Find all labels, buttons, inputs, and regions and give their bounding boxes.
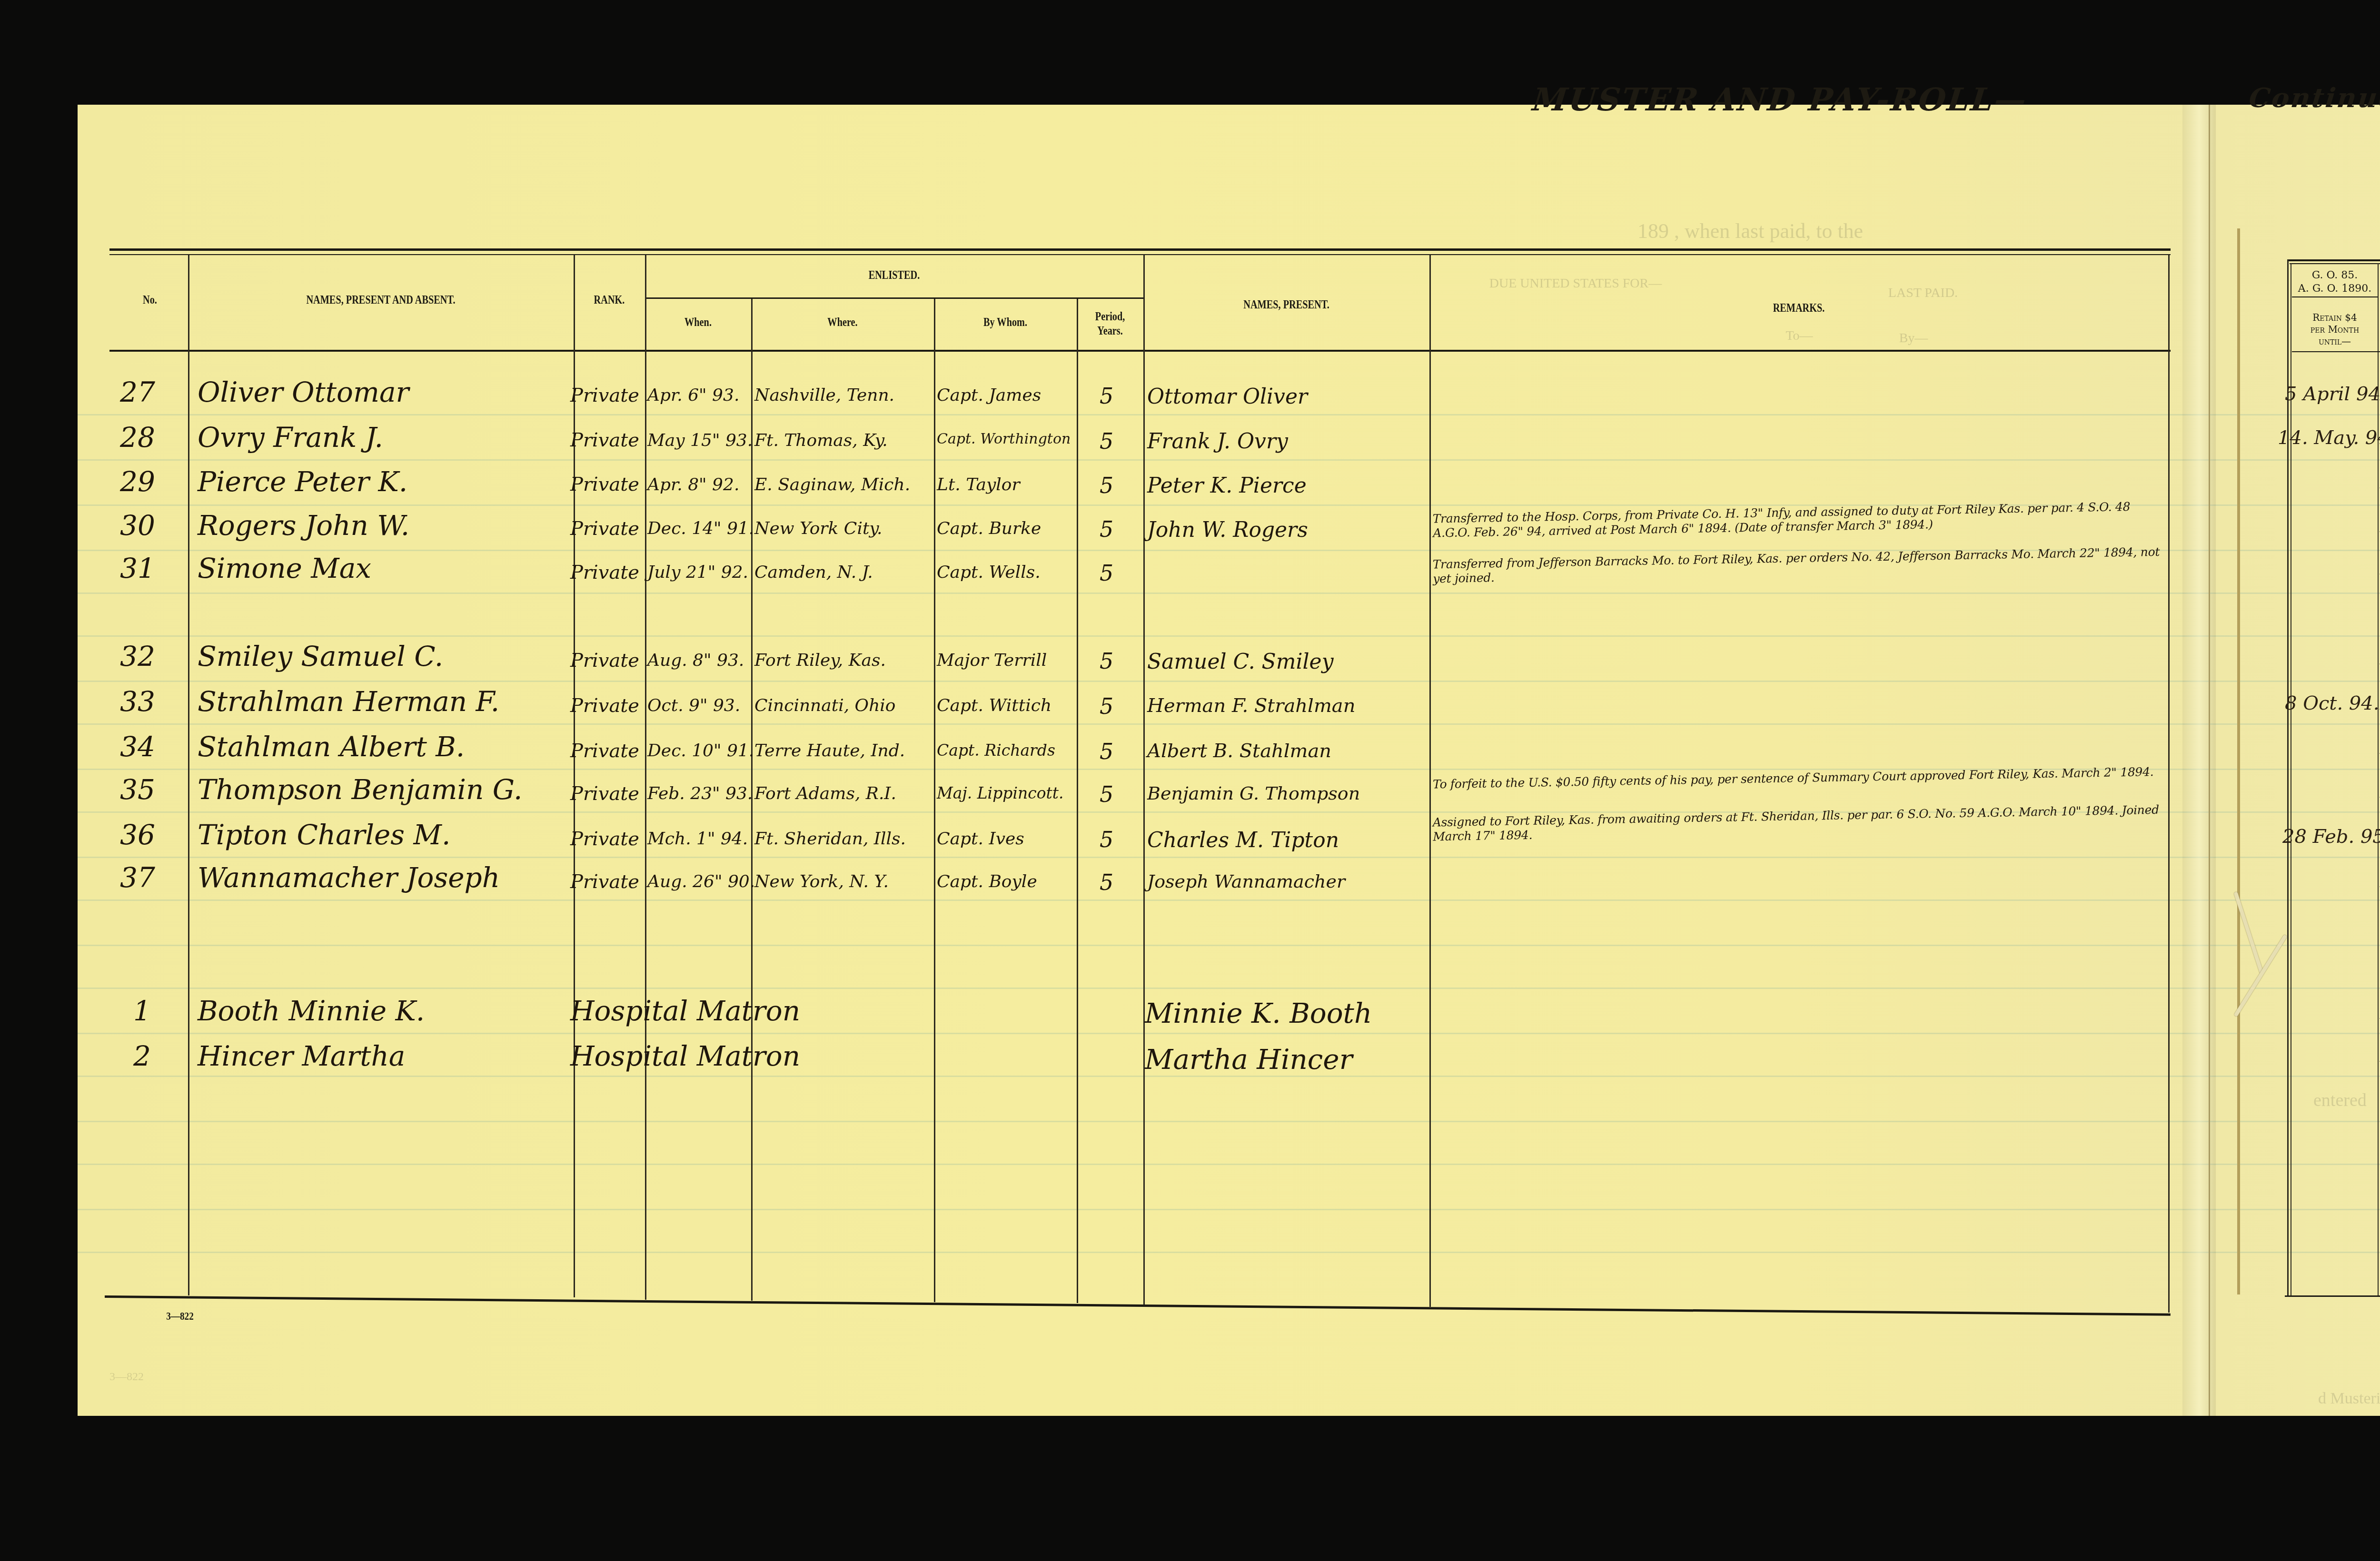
header-where: Where. [771,315,914,329]
header-no: No. [126,293,174,307]
row-period: 5 [1100,739,1113,764]
row-present-name: Frank J. Ovry [1147,429,1288,454]
row-period: 5 [1100,560,1113,586]
header-by-whom: By Whom. [950,315,1061,329]
row-name: Thompson Benjamin G. [198,773,522,806]
row-where: Camden, N. J. [754,563,873,582]
retain-until-date: 8 Oct. 94. [2285,692,2379,714]
header-bottom-rule [109,350,2171,352]
row-where: Cincinnati, Ohio [754,696,896,715]
header-top-rule-thin [109,254,2171,255]
header-go-line1: G. O. 85. [2292,269,2378,282]
row-when: Feb. 23" 93. [647,784,753,803]
header-retain-line2: per Month [2292,324,2378,336]
form-number: 3—822 [166,1310,194,1323]
row-no: 35 [120,773,155,806]
row-no: 29 [120,465,155,498]
row-present-name: Ottomar Oliver [1147,385,1308,409]
ghost-entered: entered [2313,1090,2367,1111]
header-go-line2: A. G. O. 1890. [2292,282,2378,296]
row-name: Strahlman Herman F. [198,685,499,718]
row-no: 2 [133,1040,151,1072]
row-rank: Private [570,740,639,762]
row-rank: Private [570,695,639,717]
row-when: Mch. 1" 94. [647,829,748,849]
row-no: 28 [120,421,155,454]
col-divider-rank [645,255,646,1300]
right-table-bottom-rule [2285,1295,2380,1297]
ghost-header-to: To— [1771,328,1828,344]
row-present-name: Benjamin G. Thompson [1147,783,1360,804]
row-where: Terre Haute, Ind. [754,741,905,761]
header-retain: Retain $4 per Month until— [2292,312,2378,347]
row-no: 34 [120,731,155,763]
row-rank: Private [570,828,639,850]
col-divider-present [1429,255,1431,1307]
row-where: Ft. Sheridan, Ills. [754,829,906,849]
right-table-left-edge-inner [2291,263,2291,1297]
header-top-rule [109,248,2171,251]
row-period: 5 [1100,827,1113,852]
row-name: Stahlman Albert B. [198,731,465,763]
row-when: July 21" 92. [647,563,748,582]
row-present-name: Herman F. Strahlman [1147,695,1355,717]
right-header-top-rule-thin [2290,263,2380,264]
row-name: Oliver Ottomar [198,376,409,408]
row-present-name: Samuel C. Smiley [1147,650,1334,674]
right-header-bottom-rule [2292,351,2380,352]
header-when: When. [657,315,740,329]
right-col-divider [2378,263,2379,1296]
row-when: Dec. 14" 91. [647,519,754,538]
col-divider-where [934,299,935,1302]
row-no: 30 [120,509,155,542]
row-present-name: Martha Hincer [1145,1043,1352,1076]
row-no: 36 [120,819,155,851]
row-by-whom: Capt. Wells. [937,563,1041,582]
row-where: Ft. Thomas, Ky. [754,431,888,450]
right-header-top-rule [2287,259,2380,261]
row-where: E. Saginaw, Mich. [754,475,910,494]
document-title: MUSTER AND PAY-ROLL— [1531,81,2029,118]
row-by-whom: Lt. Taylor [937,475,1020,494]
row-period: 5 [1100,781,1113,807]
row-by-whom: Maj. Lippincott. [937,784,1064,802]
row-name: Rogers John W. [198,509,409,542]
row-rank: Private [570,429,639,451]
row-by-whom: Capt. Worthington [937,431,1071,447]
ghost-date-line: 189 , when last paid, to the [1637,219,1863,243]
header-retain-line3: until— [2292,336,2378,347]
header-retain-line1: Retain $4 [2292,312,2378,324]
row-present-name: John W. Rogers [1147,518,1308,542]
row-no: 32 [120,640,155,672]
header-remarks: REMARKS. [1511,301,2087,315]
row-period: 5 [1100,383,1113,409]
row-period: 5 [1100,648,1113,674]
row-period: 5 [1100,693,1113,719]
ghost-header-last-paid: LAST PAID. [1852,286,1994,301]
row-by-whom: Capt. Richards [937,741,1055,760]
fold-crease [2209,105,2210,1416]
row-when: Apr. 6" 93. [647,385,739,405]
ghost-form-number: 3—822 [109,1371,144,1383]
header-names-present-absent: NAMES, PRESENT AND ABSENT. [230,293,531,307]
row-no: 31 [120,552,155,584]
row-rank: Private [570,783,639,805]
retain-until-date: 28 Feb. 95. [2282,826,2380,848]
row-by-whom: Capt. James [937,385,1041,405]
row-where: Fort Riley, Kas. [754,651,886,670]
row-where: Fort Adams, R.I. [754,784,896,803]
header-enlisted: ENLISTED. [700,268,1089,282]
row-name: Tipton Charles M. [198,819,450,851]
row-period: 5 [1100,869,1113,895]
row-name: Wannamacher Joseph [198,861,500,894]
row-name: Smiley Samuel C. [198,640,443,672]
ghost-header-due-us: DUE UNITED STATES FOR— [1457,276,1695,291]
document-title-continued: Continued. [2248,82,2380,114]
col-divider-names [574,255,575,1297]
row-when: Apr. 8" 92. [647,475,739,494]
col-divider-no [188,255,189,1295]
row-name: Simone Max [198,552,371,584]
row-present-name: Minnie K. Booth [1145,997,1372,1029]
row-period: 5 [1100,473,1113,498]
row-name: Ovry Frank J. [198,421,383,454]
row-where: New York, N. Y. [754,872,889,891]
header-names-present: NAMES, PRESENT. [1175,297,1398,312]
row-name: Booth Minnie K. [198,995,425,1027]
row-where: Nashville, Tenn. [754,385,894,405]
row-no: 37 [120,861,155,894]
row-period: 5 [1100,516,1113,542]
binding-edge [2237,228,2240,1294]
row-rank: Private [570,562,639,583]
row-when: Aug. 8" 93. [647,651,744,670]
row-name: Pierce Peter K. [198,465,407,498]
header-period-years: Period, Years. [1088,309,1132,338]
row-when: May 15" 93. [647,431,753,450]
row-present-name: Charles M. Tipton [1147,828,1339,852]
row-no: 27 [120,376,155,408]
row-by-whom: Capt. Boyle [937,872,1037,891]
header-rank: RANK. [582,293,637,307]
row-present-name: Joseph Wannamacher [1147,871,1345,892]
header-go-85: G. O. 85. A. G. O. 1890. [2292,269,2378,295]
col-divider-bywhom [1077,299,1078,1303]
row-rank: Hospital Matron [570,995,800,1027]
row-when: Aug. 26" 90. [647,872,755,891]
row-name: Hincer Martha [198,1040,405,1072]
row-rank: Private [570,474,639,495]
row-rank: Hospital Matron [570,1040,800,1072]
row-by-whom: Capt. Wittich [937,696,1051,715]
row-rank: Private [570,650,639,672]
row-by-whom: Capt. Ives [937,829,1024,849]
right-table-left-edge [2287,259,2289,1297]
ghost-header-by: By— [1885,331,1942,346]
row-when: Oct. 9" 93. [647,696,740,715]
row-where: New York City. [754,519,882,538]
table-right-edge [2168,255,2170,1313]
row-by-whom: Capt. Burke [937,519,1041,538]
row-present-name: Peter K. Pierce [1147,474,1307,498]
col-divider-period [1143,255,1145,1304]
row-rank: Private [570,385,639,406]
row-rank: Private [570,871,639,893]
go-subrule [2292,296,2378,297]
retain-until-date: 14. May. 94. [2278,427,2380,449]
enlisted-subrule [645,297,1143,299]
row-by-whom: Major Terrill [937,651,1047,670]
row-no: 33 [120,685,155,718]
row-rank: Private [570,518,639,540]
page-fold [2182,105,2216,1416]
row-when: Dec. 10" 91. [647,741,754,761]
ghost-mustering-officer: d Mustering Officer. [2318,1390,2380,1408]
row-present-name: Albert B. Stahlman [1147,740,1331,762]
retain-until-date: 5 April 94. [2285,383,2380,405]
row-no: 1 [133,995,151,1027]
row-period: 5 [1100,428,1113,454]
